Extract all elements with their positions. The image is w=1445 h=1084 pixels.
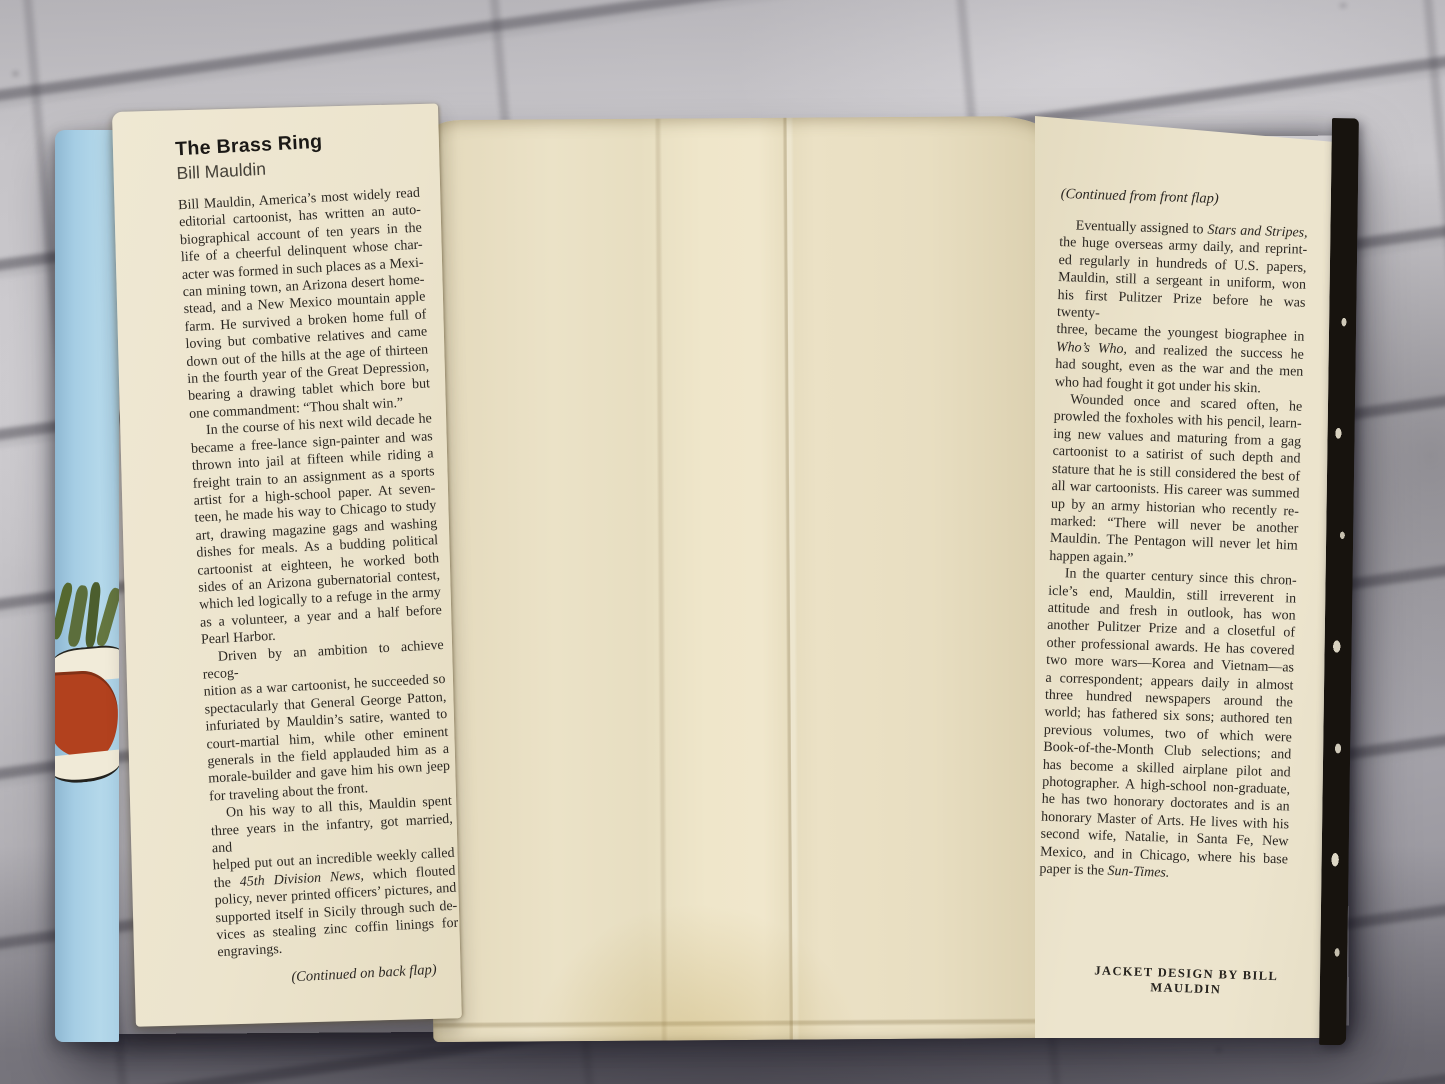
front-flap-body: Bill Mauldin, America’s most widely read… xyxy=(178,185,460,962)
paragraph: On his way to all this, Mauldin spentthr… xyxy=(210,793,460,962)
paragraph: In the course of his next wild decade he… xyxy=(190,411,444,650)
jacket-interior xyxy=(427,116,1058,1042)
paragraph: Bill Mauldin, America’s most widely read… xyxy=(178,185,432,424)
continued-on-back-flap-note: (Continued on back flap) xyxy=(218,960,461,990)
book-photo: The Brass Ring Bill Mauldin Bill Mauldin… xyxy=(0,0,1445,1084)
front-cover-edge xyxy=(55,130,119,1042)
paragraph: Wounded once and scared often, heprowled… xyxy=(1049,391,1302,573)
jacket-design-credit: JACKET DESIGN BY BILL MAULDIN xyxy=(1062,963,1311,1001)
continued-from-front-flap-note: (Continued from front flap) xyxy=(1060,186,1308,211)
paragraph: Eventually assigned to Stars and Stripes… xyxy=(1055,217,1308,399)
cover-art-red-shape xyxy=(55,669,119,760)
paragraph: In the quarter century since this chron-… xyxy=(1039,565,1297,886)
cover-art-white-curve xyxy=(55,749,119,785)
front-flap-text: The Brass Ring Bill Mauldin Bill Mauldin… xyxy=(175,126,461,990)
back-flap-body: Eventually assigned to Stars and Stripes… xyxy=(1039,217,1308,886)
back-flap-text: (Continued from front flap) Eventually a… xyxy=(1036,186,1309,1000)
back-flap: (Continued from front flap) Eventually a… xyxy=(1035,114,1335,1038)
front-flap: The Brass Ring Bill Mauldin Bill Mauldin… xyxy=(112,103,462,1026)
paragraph: Driven by an ambition to achieve recog-n… xyxy=(201,637,451,806)
